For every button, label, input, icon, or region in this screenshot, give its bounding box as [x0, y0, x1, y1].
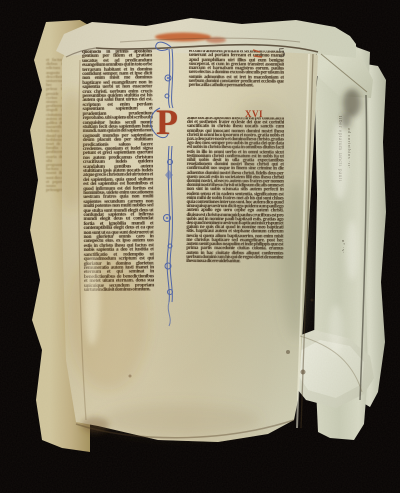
text-column-right-lower: aulus uocatus apostolus ihesu christi pe…	[186, 117, 284, 370]
chapter-number-rubric: XVI	[245, 109, 263, 119]
folio-number: 5	[277, 46, 286, 61]
illuminated-initial-p: P	[156, 104, 178, 140]
text-column-right-upper: et cum transissent primam et secundam cu…	[189, 50, 284, 114]
fore-edge-inscription-1: liber epłarum ſancti pauli	[337, 116, 342, 208]
manuscript-photo: et factum est in diebus illis exiit edic…	[0, 0, 400, 493]
text-column-left: quomodo in primis apostolus gentium per …	[82, 49, 155, 372]
fore-edge-inscription-2: ad corinthios ·ıı·	[347, 128, 352, 206]
fore-edge-inscription-3: n° ·v·	[341, 240, 346, 274]
